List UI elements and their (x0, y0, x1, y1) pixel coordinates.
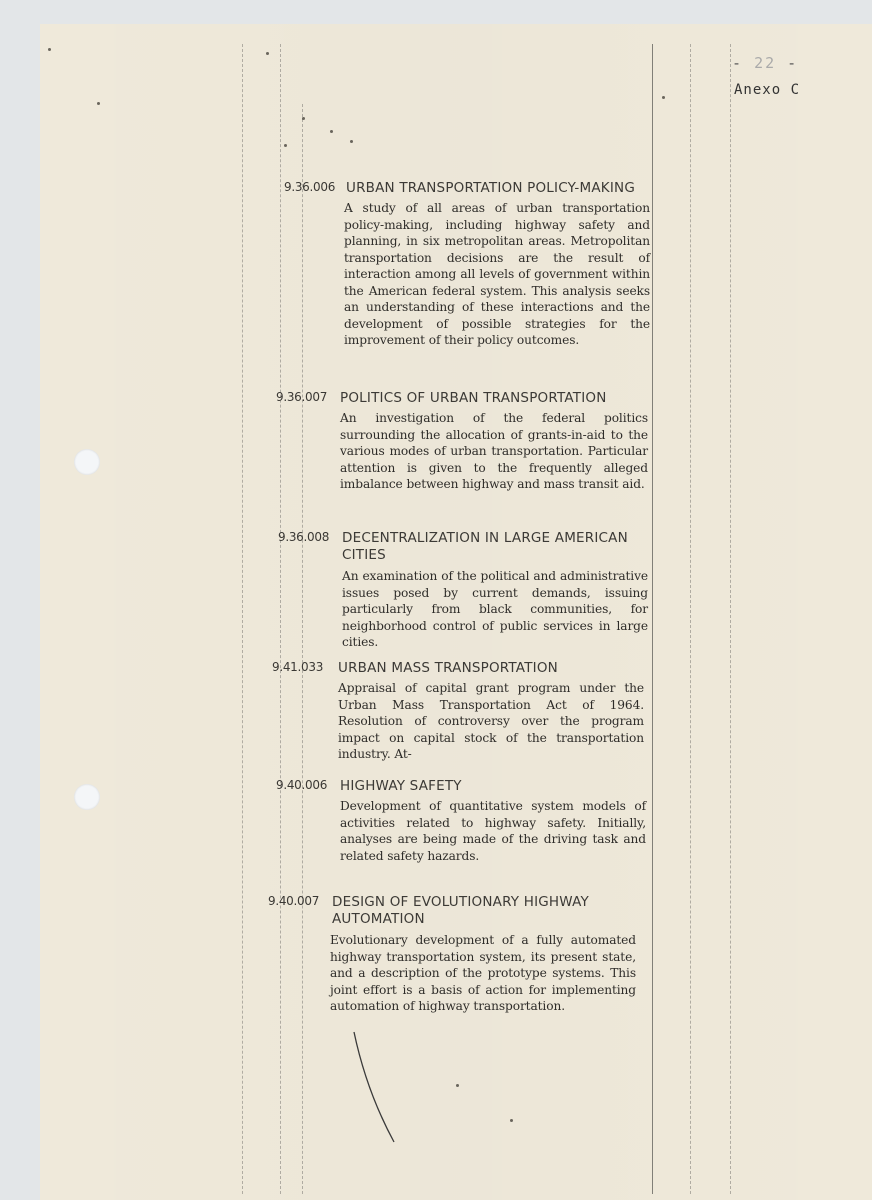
toner-speck (350, 140, 353, 143)
entry-title: DECENTRALIZATION IN LARGE AMERICAN CITIE… (342, 530, 648, 564)
research-entry: 9.36.006 URBAN TRANSPORTATION POLICY-MAK… (284, 180, 654, 390)
scanned-page: - 22 - Anexo C 9.36.006 URBAN TRANSPORTA… (40, 24, 872, 1200)
entry-code: 9.36.006 (284, 180, 335, 194)
toner-speck (97, 102, 100, 105)
pen-mark (352, 1030, 398, 1145)
column-guide-line (242, 44, 243, 1194)
toner-speck (284, 144, 287, 147)
entry-code: 9.36.008 (278, 530, 329, 544)
page-number-value: 22 (754, 54, 776, 72)
toner-speck (510, 1119, 513, 1122)
toner-speck (330, 130, 333, 133)
entry-description: Appraisal of capital grant program under… (338, 680, 644, 763)
entry-description: A study of all areas of urban transporta… (344, 200, 650, 349)
toner-speck (456, 1084, 459, 1087)
toner-speck (48, 48, 51, 51)
entry-code: 9.40.007 (268, 894, 319, 908)
column-guide-line (730, 44, 731, 1194)
annex-label: Anexo C (734, 82, 800, 98)
entry-title: URBAN TRANSPORTATION POLICY-MAKING (346, 180, 656, 197)
entry-description: Evolutionary development of a fully auto… (330, 932, 636, 1015)
entry-title: DESIGN OF EVOLUTIONARY HIGHWAY AUTOMATIO… (332, 894, 622, 928)
hole-punch-upper (74, 449, 100, 475)
research-entry: 9.36.007 POLITICS OF URBAN TRANSPORTATIO… (276, 390, 656, 530)
page-number-dash-right: - (787, 54, 798, 72)
entry-title: HIGHWAY SAFETY (340, 778, 640, 795)
research-entry: 9.36.008 DECENTRALIZATION IN LARGE AMERI… (278, 530, 658, 660)
research-entry: 9.40.006 HIGHWAY SAFETY Development of q… (276, 778, 656, 878)
research-entry: 9.40.007 DESIGN OF EVOLUTIONARY HIGHWAY … (268, 894, 652, 1034)
research-entry: 9.41.033 URBAN MASS TRANSPORTATION Appra… (272, 660, 656, 770)
entry-description: Development of quantitative system model… (340, 798, 646, 864)
entry-code: 9.41.033 (272, 660, 323, 674)
hole-punch-lower (74, 784, 100, 810)
entry-code: 9.36.007 (276, 390, 327, 404)
page-number: - 22 - (732, 54, 798, 72)
column-guide-line (690, 44, 691, 1194)
page-number-dash-left: - (732, 54, 743, 72)
toner-speck (302, 117, 305, 120)
entry-title: POLITICS OF URBAN TRANSPORTATION (340, 390, 640, 407)
entry-description: An investigation of the federal politics… (340, 410, 648, 493)
toner-speck (662, 96, 665, 99)
entry-title: URBAN MASS TRANSPORTATION (338, 660, 638, 677)
toner-speck (266, 52, 269, 55)
entry-code: 9.40.006 (276, 778, 327, 792)
entry-description: An examination of the political and admi… (342, 568, 648, 651)
